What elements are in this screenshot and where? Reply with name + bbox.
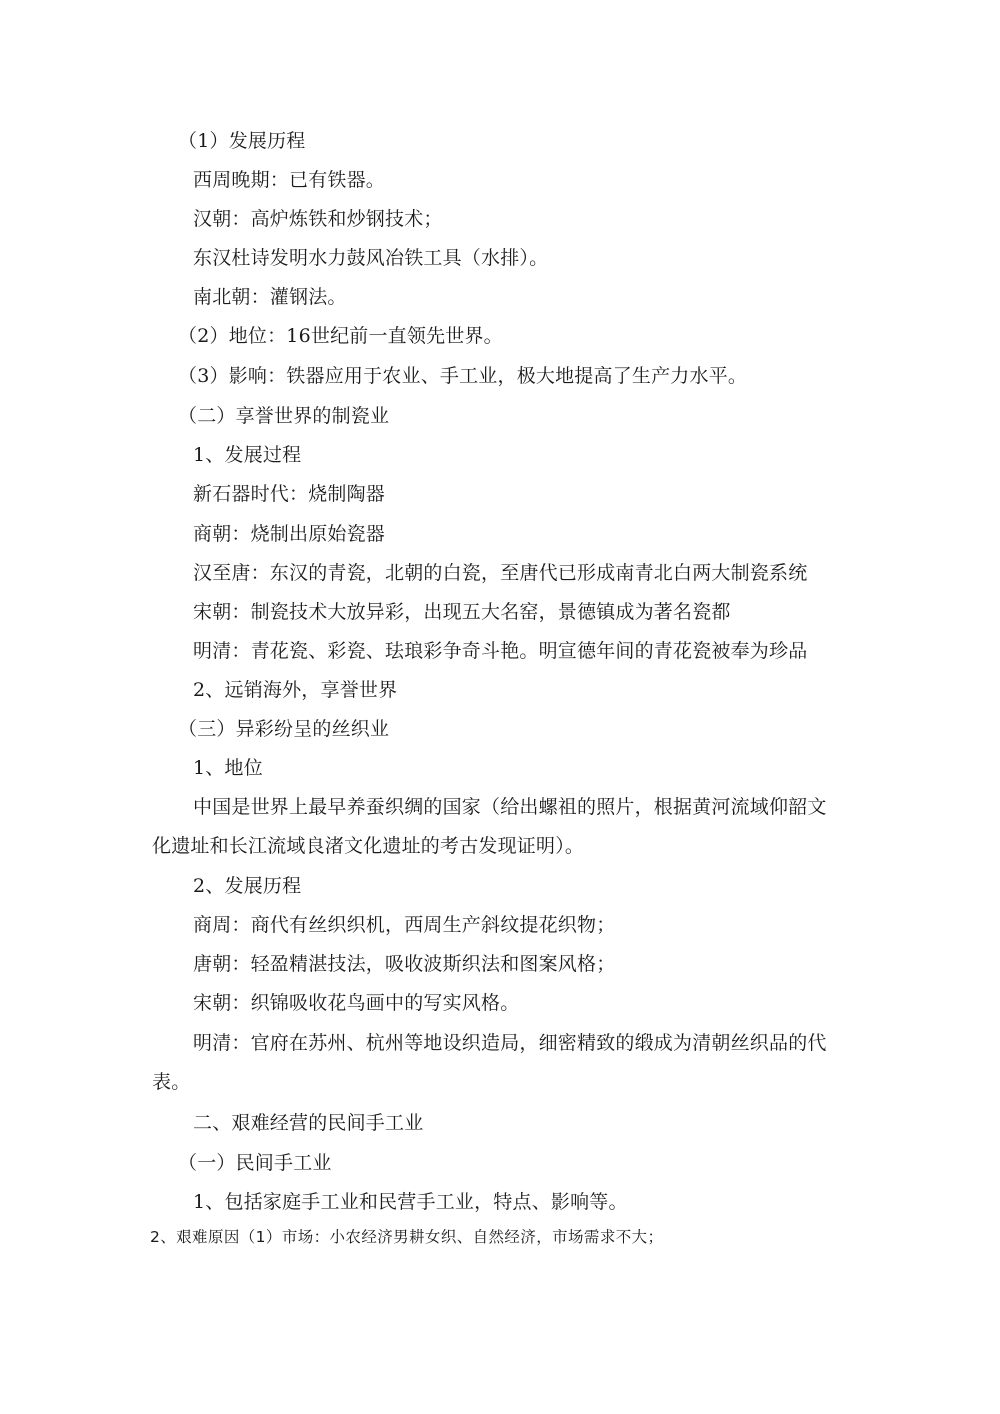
text-line: 汉至唐：东汉的青瓷，北朝的白瓷，至唐代已形成南青北白两大制瓷系统 (193, 561, 807, 585)
text-line: 南北朝：灌钢法。 (193, 285, 347, 309)
text-line: 宋朝：织锦吸收花鸟画中的写实风格。 (193, 991, 519, 1015)
text-line: 商周：商代有丝织织机，西周生产斜纹提花织物； (193, 913, 615, 937)
text-line: 二、艰难经营的民间手工业 (193, 1111, 423, 1135)
document-page: （1）发展历程西周晚期：已有铁器。汉朝：高炉炼铁和炒钢技术；东汉杜诗发明水力鼓风… (0, 0, 1000, 1414)
text-line: 2、远销海外，享誉世界 (193, 678, 397, 702)
text-line: 表。 (152, 1070, 190, 1094)
text-line: 明清：官府在苏州、杭州等地设织造局，细密精致的缎成为清朝丝织品的代 (193, 1031, 827, 1055)
text-line: 商朝：烧制出原始瓷器 (193, 522, 385, 546)
text-line: （二）享誉世界的制瓷业 (178, 404, 389, 428)
text-line: 1、包括家庭手工业和民营手工业，特点、影响等。 (193, 1190, 628, 1214)
text-line: （3）影响：铁器应用于农业、手工业，极大地提高了生产力水平。 (178, 364, 747, 388)
text-line: 化遗址和长江流域良渚文化遗址的考古发现证明）。 (152, 834, 584, 858)
text-line: 唐朝：轻盈精湛技法，吸收波斯织法和图案风格； (193, 952, 615, 976)
text-line: （三）异彩纷呈的丝织业 (178, 717, 389, 741)
text-line: 1、地位 (193, 756, 263, 780)
text-line: （一）民间手工业 (178, 1151, 332, 1175)
text-line: 东汉杜诗发明水力鼓风冶铁工具（水排）。 (193, 246, 548, 270)
text-line: 西周晚期：已有铁器。 (193, 168, 385, 192)
text-line: 新石器时代：烧制陶器 (193, 482, 385, 506)
text-line: 汉朝：高炉炼铁和炒钢技术； (193, 207, 443, 231)
text-line: （2）地位：16世纪前一直领先世界。 (178, 324, 503, 348)
text-line: 宋朝：制瓷技术大放异彩，出现五大名窑，景德镇成为著名瓷都 (193, 600, 731, 624)
text-line: 明清：青花瓷、彩瓷、珐琅彩争奇斗艳。明宣德年间的青花瓷被奉为珍品 (193, 639, 807, 663)
text-line: 2、艰难原因（1）市场：小农经济男耕女织、自然经济，市场需求不大； (150, 1225, 663, 1249)
text-line: 2、发展历程 (193, 874, 301, 898)
text-line: 中国是世界上最早养蚕织绸的国家（给出螺祖的照片，根据黄河流域仰韶文 (193, 795, 827, 819)
text-line: 1、发展过程 (193, 443, 301, 467)
text-line: （1）发展历程 (178, 129, 306, 153)
